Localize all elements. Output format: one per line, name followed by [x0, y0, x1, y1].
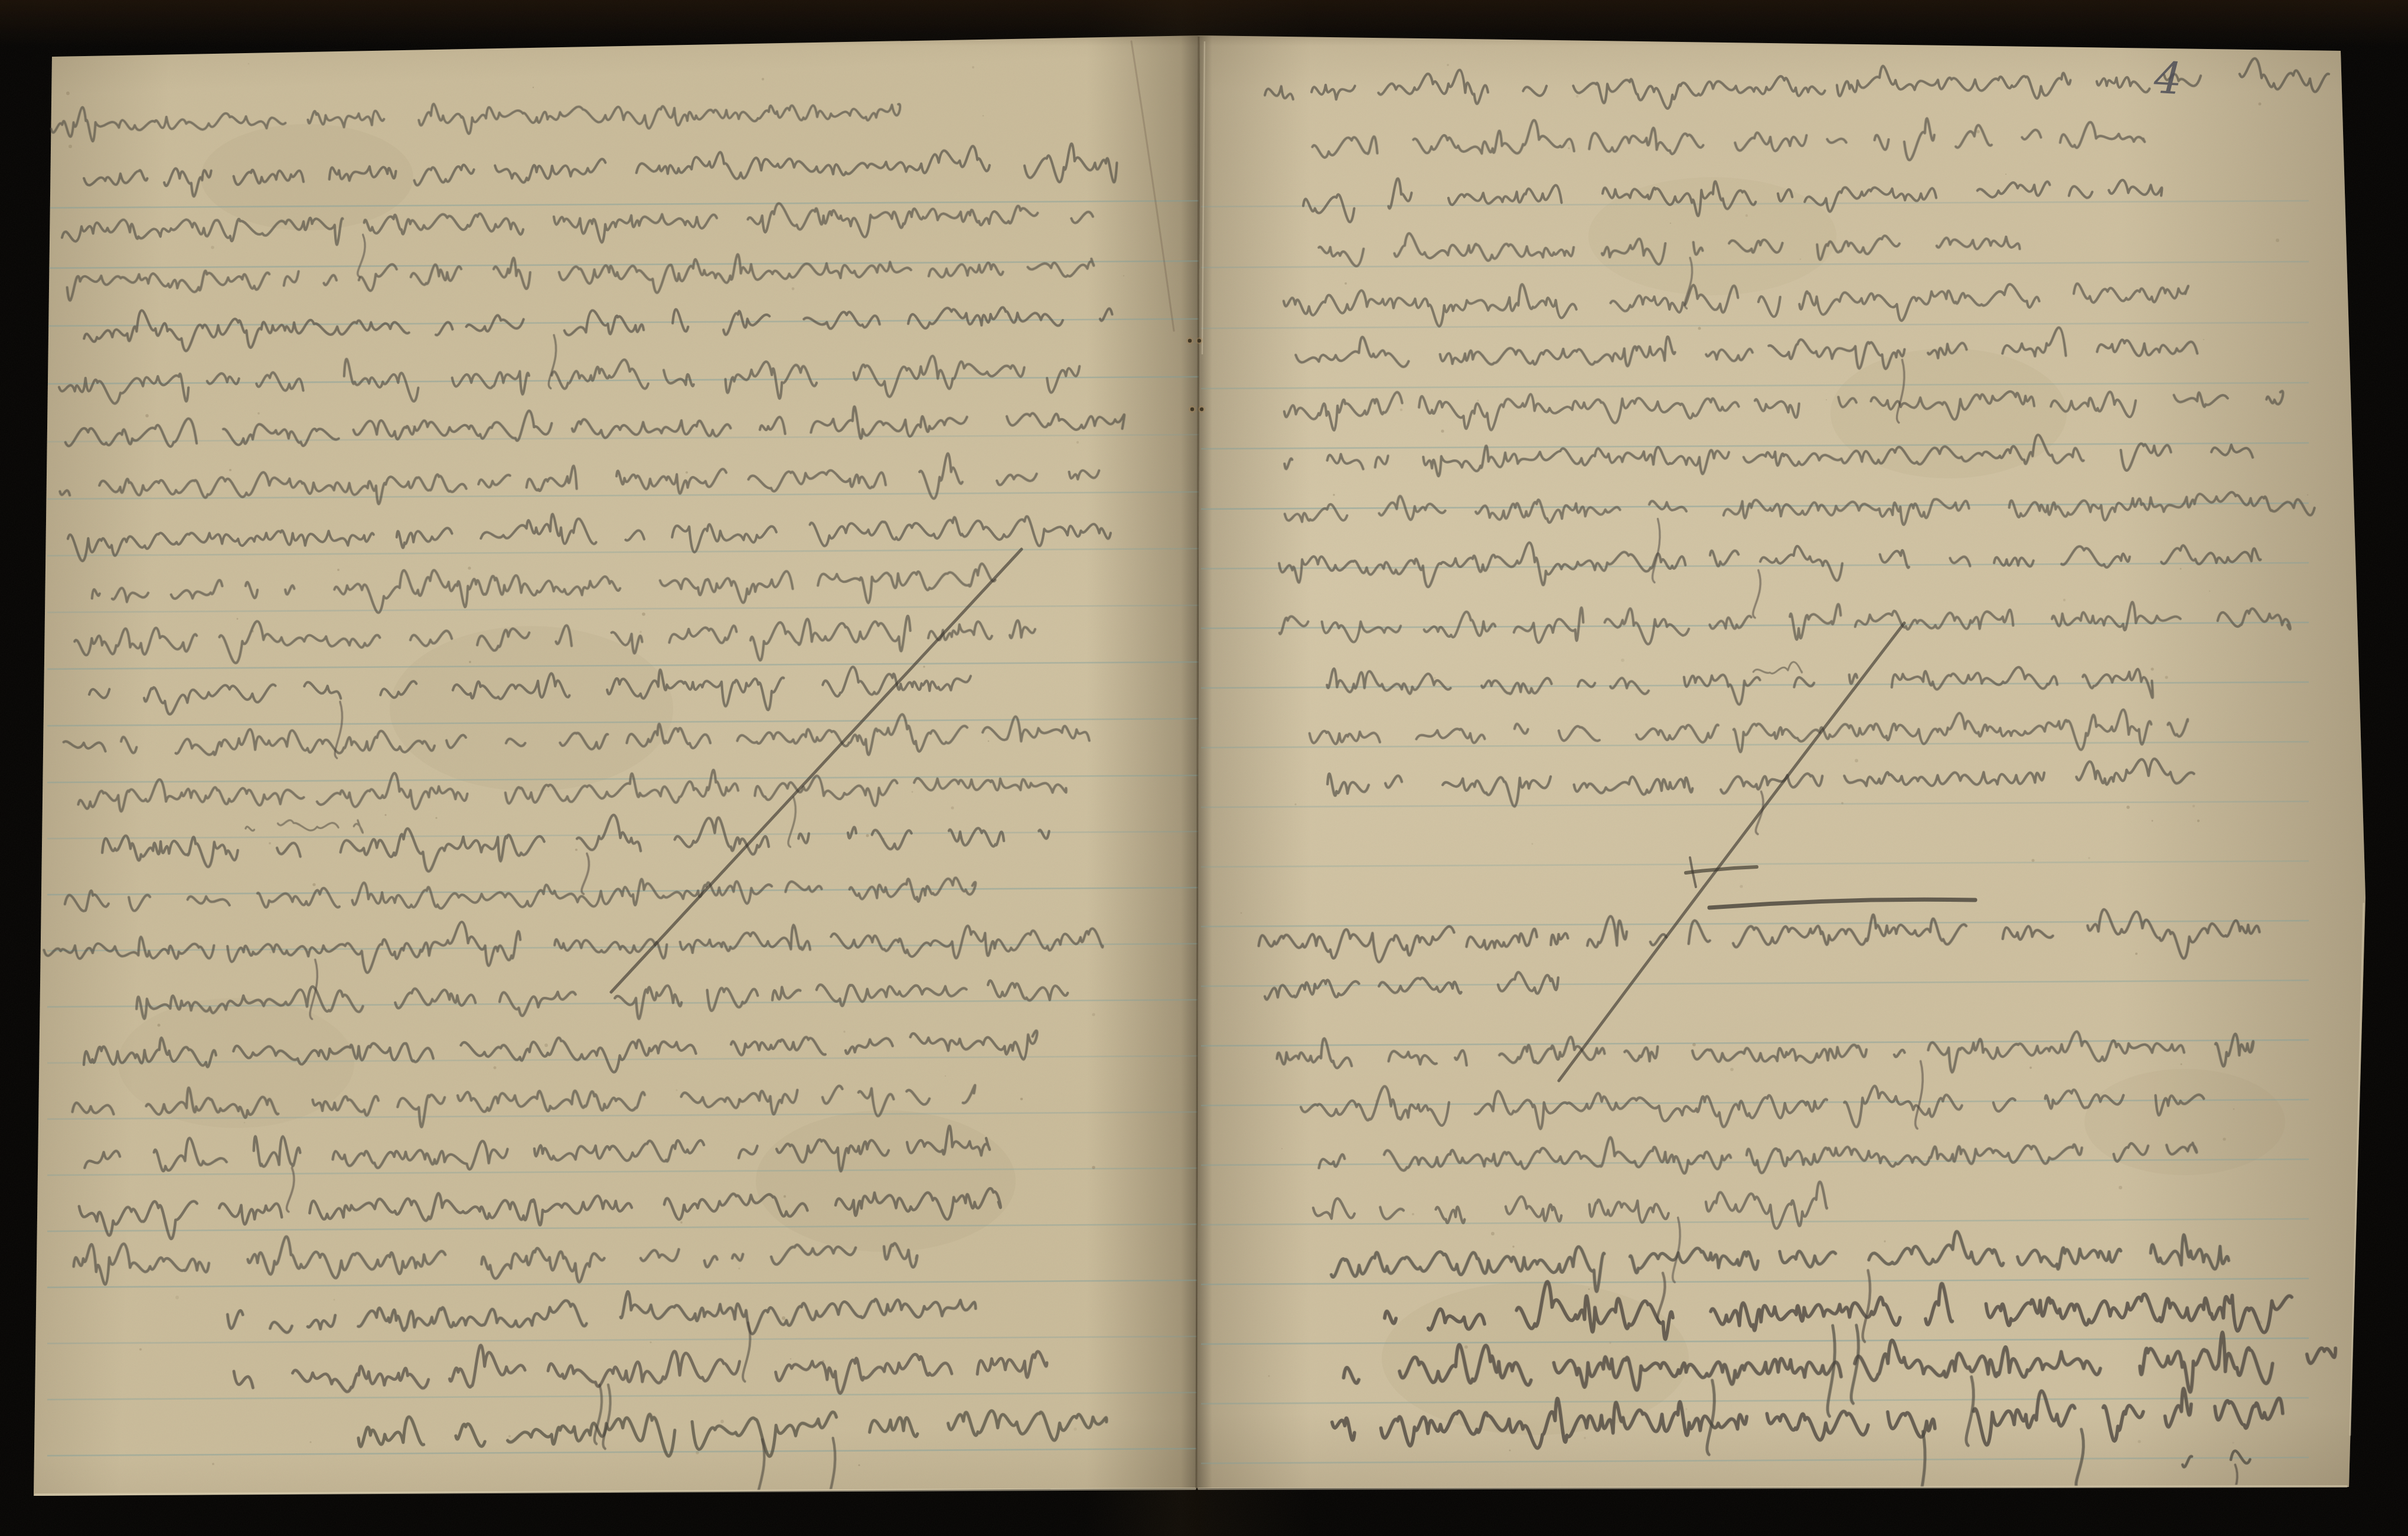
- paper-grain: [0, 0, 2408, 1536]
- page-number: 4: [2153, 56, 2183, 101]
- notebook-photo: 4: [0, 0, 2408, 1536]
- ink-layer: [0, 0, 2408, 1536]
